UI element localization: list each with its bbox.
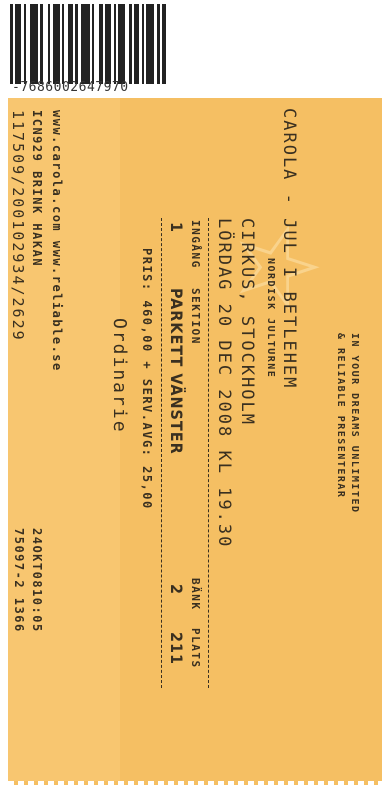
issue-timestamp: 24OKT0810:05 (30, 528, 44, 633)
barcode (10, 4, 180, 84)
event-title: CAROLA - JUL I BETLEHEM (279, 108, 299, 389)
header-seat: PLATS (189, 628, 202, 669)
header-section: SEKTION (189, 288, 202, 345)
terminal-id: 75097-2 1366 (12, 528, 26, 633)
price-line: PRIS: 460,00 + SERV.AVG: 25,00 (140, 248, 154, 510)
ticket-content: ☆ IN YOUR DREAMS UNLIMITED & RELIABLE PR… (8, 98, 382, 785)
header-bench: BÄNK (189, 578, 202, 611)
ticket-type: Ordinarie (109, 318, 130, 434)
value-bench: 2 (167, 584, 186, 595)
ticket: ☆ IN YOUR DREAMS UNLIMITED & RELIABLE PR… (8, 98, 382, 785)
divider-top (208, 218, 209, 688)
divider-bottom (161, 218, 162, 688)
presenter-line-1: IN YOUR DREAMS UNLIMITED (349, 333, 360, 514)
serial-number: 117509/200102934/2629 (9, 110, 27, 342)
venue: CIRKUS, STOCKHOLM (237, 218, 257, 426)
value-entrance: 1 (167, 222, 186, 233)
header-entrance: INGÅNG (189, 220, 202, 269)
value-seat: 211 (167, 632, 186, 665)
tour-name: NORDISK JULTURNE (265, 258, 276, 378)
ticket-holder: ICN929 BRINK HAKAN (30, 110, 44, 267)
event-datetime: LÖRDAG 20 DEC 2008 KL 19.30 (214, 218, 234, 548)
value-section: PARKETT VÄNSTER (167, 288, 186, 455)
websites: www.carola.com www.reliable.se (50, 110, 64, 372)
presenter-line-2: & RELIABLE PRESENTERAR (335, 333, 346, 498)
barcode-number: -7686002647970 (12, 80, 129, 95)
